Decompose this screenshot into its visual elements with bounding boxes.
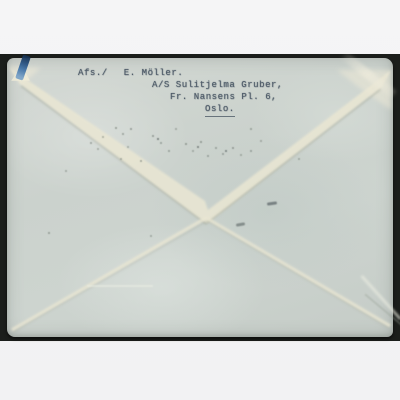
address-line-4: Oslo. <box>205 103 283 115</box>
sender-city: Oslo. <box>205 103 235 117</box>
address-line-3: Fr. Nansens Pl. 6, <box>170 91 283 103</box>
address-line-2: A/S Sulitjelma Gruber, <box>152 79 283 91</box>
bottom-flap-shadow-line <box>13 221 389 332</box>
page-background: Afs./E. Möller. A/S Sulitjelma Gruber, F… <box>0 0 400 400</box>
sender-name: E. Möller. <box>124 68 184 78</box>
envelope-back: Afs./E. Möller. A/S Sulitjelma Gruber, F… <box>7 58 393 337</box>
sender-address-block: Afs./E. Möller. A/S Sulitjelma Gruber, F… <box>78 67 283 115</box>
envelope-photo: Afs./E. Möller. A/S Sulitjelma Gruber, F… <box>0 54 400 341</box>
bottom-flap-seam <box>12 218 390 330</box>
address-line-1: Afs./E. Möller. <box>78 67 283 79</box>
sender-street: Fr. Nansens Pl. 6, <box>170 92 277 102</box>
afs-label: Afs./ <box>78 68 108 78</box>
sender-company: A/S Sulitjelma Gruber, <box>152 80 283 90</box>
cancellation-showthrough-speckles <box>7 58 9 60</box>
bottom-left-crease <box>87 285 153 287</box>
